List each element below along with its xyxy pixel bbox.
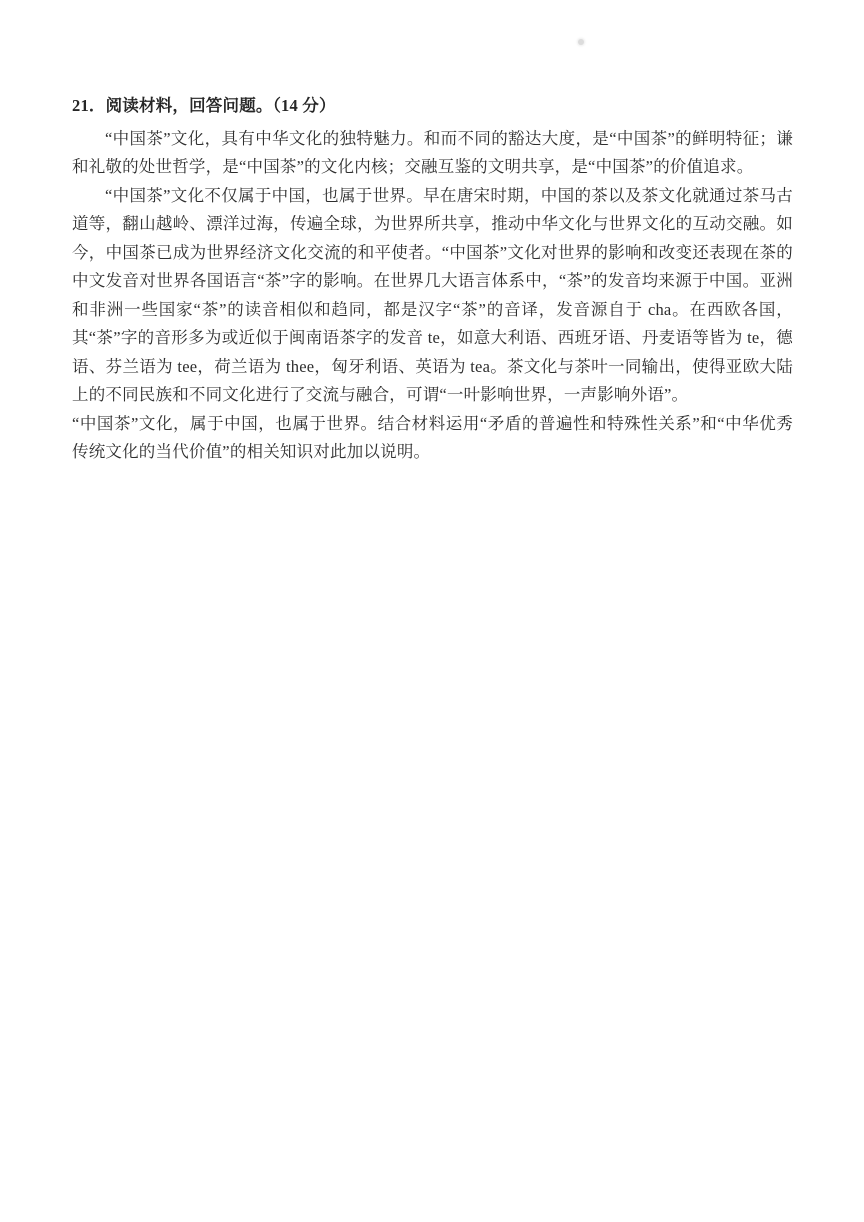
material-paragraph-1: “中国茶”文化，具有中华文化的独特魅力。和而不同的豁达大度，是“中国茶”的鲜明特…	[72, 125, 793, 182]
question-block: 21．阅读材料，回答问题。（14 分） “中国茶”文化，具有中华文化的独特魅力。…	[72, 92, 793, 467]
material-paragraph-2: “中国茶”文化不仅属于中国，也属于世界。早在唐宋时期，中国的茶以及茶文化就通过茶…	[72, 182, 793, 410]
scan-artifact-dot	[578, 39, 584, 45]
question-header: 21．阅读材料，回答问题。（14 分）	[72, 92, 793, 121]
task-paragraph: “中国茶”文化，属于中国，也属于世界。结合材料运用“矛盾的普遍性和特殊性关系”和…	[72, 410, 793, 467]
exam-page: 21．阅读材料，回答问题。（14 分） “中国茶”文化，具有中华文化的独特魅力。…	[0, 0, 864, 1222]
